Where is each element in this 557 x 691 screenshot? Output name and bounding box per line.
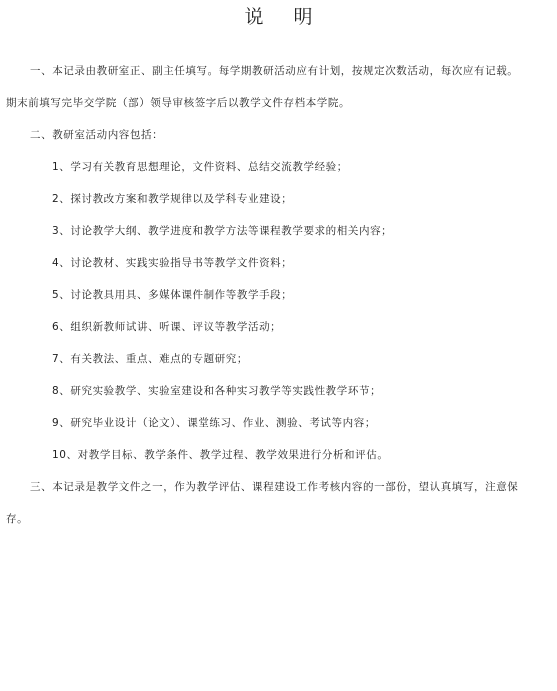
title-char-2: 明: [294, 2, 313, 29]
list-item: 6、组织新教师试讲、听课、评议等教学活动；: [52, 319, 281, 334]
list-item: 7、有关教法、重点、难点的专题研究；: [52, 351, 248, 366]
paragraph-2-heading: 二、教研室活动内容包括：: [30, 127, 163, 142]
list-item: 1、学习有关教育思想理论，文件资料、总结交流教学经验；: [52, 159, 348, 174]
list-item: 10、对教学目标、教学条件、教学过程、教学效果进行分析和评估。: [52, 447, 388, 462]
list-item: 9、研究毕业设计（论文）、课堂练习、作业、测验、考试等内容；: [52, 415, 376, 430]
paragraph-1-line-2: 期末前填写完毕交学院（部）领导审核签字后以教学文件存档本学院。: [6, 95, 350, 110]
page-title: 说 明: [0, 2, 557, 29]
list-item: 5、讨论教具用具、多媒体课件制作等教学手段；: [52, 287, 292, 302]
list-item: 3、讨论教学大纲、教学进度和教学方法等课程教学要求的相关内容；: [52, 223, 392, 238]
paragraph-1-line-1: 一、本记录由教研室正、副主任填写。每学期教研活动应有计划，按规定次数活动，每次应…: [30, 63, 518, 78]
title-char-1: 说: [244, 2, 263, 29]
list-item: 4、讨论教材、实践实验指导书等教学文件资料；: [52, 255, 292, 270]
list-item: 8、研究实验教学、实验室建设和各种实习教学等实践性教学环节；: [52, 383, 381, 398]
paragraph-3-line-2: 存。: [6, 511, 28, 526]
list-item: 2、探讨教改方案和教学规律以及学科专业建设；: [52, 191, 292, 206]
paragraph-3-line-1: 三、本记录是教学文件之一，作为教学评估、课程建设工作考核内容的一部份，望认真填写…: [30, 479, 518, 494]
